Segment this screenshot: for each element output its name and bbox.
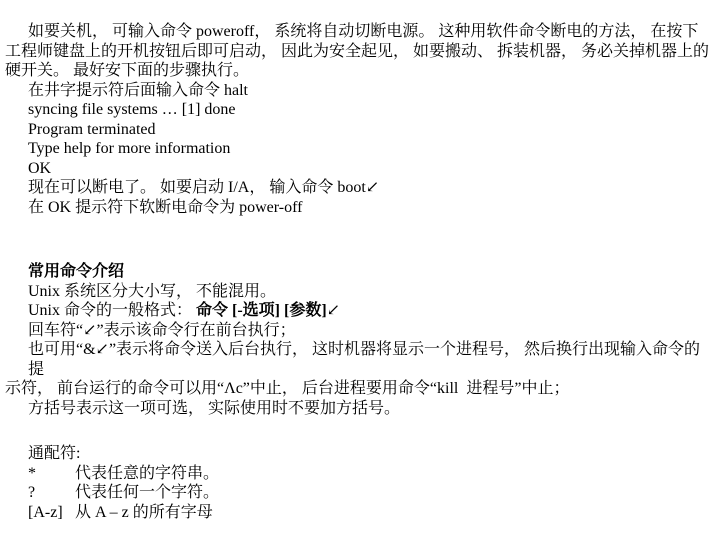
wildcard-section: 通配符: *代表任意的字符串。 ?代表任何一个字符。 [A-z]从 A – z … — [5, 444, 716, 522]
background-exec-line-2: 示符， 前台运行的命令可以用“Λc”中止， 后台进程要用命令“kill 进程号”… — [5, 379, 716, 399]
shutdown-paragraph-line-3: 硬开关。 最好安下面的步骤执行。 — [5, 61, 716, 81]
wildcard-symbol-range: [A-z] — [28, 503, 75, 523]
case-sensitivity-line: Unix 系统区分大小写， 不能混用。 — [5, 282, 716, 302]
wildcard-item-range: [A-z]从 A – z 的所有字母 — [5, 503, 716, 523]
wildcard-desc-star: 代表任意的字符串。 — [75, 465, 219, 482]
shutdown-paragraph-line-2: 工程师键盘上的开机按钮后即可启动， 因此为安全起见， 如要搬动、 拆装机器， 务… — [5, 42, 716, 62]
console-output-help: Type help for more information — [5, 139, 716, 159]
wildcard-desc-question: 代表任何一个字符。 — [75, 484, 219, 501]
commands-section: 常用命令介绍 Unix 系统区分大小写， 不能混用。 Unix 命令的一般格式：… — [5, 262, 716, 418]
command-format-return-symbol: ↙ — [327, 302, 340, 319]
commands-heading: 常用命令介绍 — [5, 262, 716, 282]
command-format-bold: 命令 [-选项] [参数] — [196, 302, 327, 319]
wildcard-symbol-star: * — [28, 464, 75, 484]
halt-prompt-line: 在井字提示符后面输入命令 halt — [5, 81, 716, 101]
shutdown-paragraph-line-1: 如要关机， 可输入命令 poweroff， 系统将自动切断电源。 这种用软件命令… — [5, 22, 716, 42]
powerdown-note-line: 现在可以断电了。 如要启动 I/A， 输入命令 boot↙ — [5, 178, 716, 198]
ok-prompt-note-line: 在 OK 提示符下软断电命令为 power-off — [5, 198, 716, 218]
document: 如要关机， 可输入命令 poweroff， 系统将自动切断电源。 这种用软件命令… — [0, 0, 720, 522]
console-output-terminated: Program terminated — [5, 120, 716, 140]
console-output-ok: OK — [5, 159, 716, 179]
page: { "colors": { "background": "#ffffff", "… — [0, 0, 720, 540]
console-output-syncing: syncing file systems … [1] done — [5, 100, 716, 120]
return-symbol-line: 回车符“↙”表示该命令行在前台执行； — [5, 321, 716, 341]
wildcard-item-question: ?代表任何一个字符。 — [5, 483, 716, 503]
command-format-prefix: Unix 命令的一般格式： — [28, 302, 196, 319]
wildcard-symbol-question: ? — [28, 483, 75, 503]
bracket-note-line: 方括号表示这一项可选， 实际使用时不要加方括号。 — [5, 399, 716, 419]
wildcard-item-star: *代表任意的字符串。 — [5, 464, 716, 484]
wildcard-heading: 通配符: — [5, 444, 716, 464]
command-format-line: Unix 命令的一般格式： 命令 [-选项] [参数]↙ — [5, 301, 716, 321]
wildcard-desc-range: 从 A – z 的所有字母 — [75, 504, 213, 521]
shutdown-section: 如要关机， 可输入命令 poweroff， 系统将自动切断电源。 这种用软件命令… — [5, 22, 716, 217]
background-exec-line-1: 也可用“&↙”表示将命令送入后台执行， 这时机器将显示一个进程号， 然后换行出现… — [5, 340, 716, 379]
